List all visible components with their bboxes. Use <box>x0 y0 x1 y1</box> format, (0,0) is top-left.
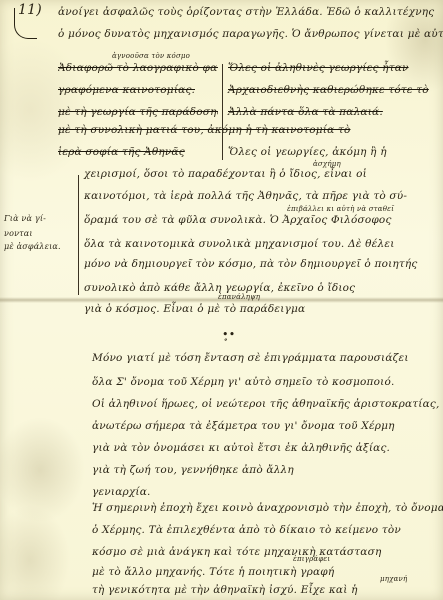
handwritten-line: γραφόμενα καινοτομίας. <box>58 84 195 96</box>
margin-note: Γιὰ νὰ γί- νονται μὲ ἀσφάλεια. <box>4 214 61 251</box>
page-number-stroke <box>14 8 37 39</box>
handwritten-line: ἱερὰ σοφία τῆς Ἀθηνᾶς <box>58 146 185 158</box>
handwritten-line: γιὰ νὰ τὸν ὀνομάσει κι αὐτοὶ ἔτσι ἐκ ἀλη… <box>92 442 390 454</box>
handwritten-line: γιὰ τὴ ζωή του, γεννήθηκε ἀπὸ ἄλλη <box>92 464 294 476</box>
handwritten-line: γιὰ ὁ κόσμος. Εἶναι ὁ μὲ τὸ παράδειγμα <box>84 303 305 315</box>
handwritten-line: Ἀλλὰ πάντα ὅλα τὰ παλαιά. <box>228 106 383 118</box>
handwritten-line: ἐπιγράφει <box>293 555 330 563</box>
handwritten-line: ἀνοίγει ἀσφαλῶς τοὺς ὁρίζοντας στὴν Ἑλλά… <box>58 6 434 18</box>
handwritten-line: καινοτόμοι, τὰ ἱερὰ πολλά τῆς Ἀθηνᾶς, τὰ… <box>84 190 407 202</box>
handwritten-line: μὲ τὴ συνολικὴ ματιά του, ἀκόμη ἡ τὴ και… <box>58 124 350 136</box>
handwritten-line: ὅλα τὰ καινοτομικὰ συνολικὰ μηχανισμοί τ… <box>84 238 395 250</box>
handwritten-line: μὲ τὴ γεωργία τῆς παράδοσης <box>58 106 218 118</box>
handwritten-line: ὁ Χέρμης. Τὰ ἐπιλεχθέντα ἀπὸ τὸ δίκαιο τ… <box>92 524 401 536</box>
handwritten-line: γενιαρχία. <box>92 486 151 498</box>
handwritten-line: ἀνωτέρω σήμερα τὰ ἐξάμετρα του γι' ὄνομα… <box>92 420 395 432</box>
handwritten-line: ὅλα Σ' ὄνομα τοῦ Χέρμη γι' αὐτὸ σημεῖο τ… <box>92 376 395 388</box>
margin-note-line: νονται <box>4 229 61 238</box>
handwritten-line: Ἡ σημερινὴ ἐποχὴ ἔχει κοινὸ ἀναχρονισμὸ … <box>92 502 443 514</box>
handwritten-line: ὅραμά του σὲ τὰ φῦλα συνολικὰ. Ὁ Ἀρχαῖος… <box>84 214 392 226</box>
column-divider <box>222 64 223 160</box>
section-separator: •̥• <box>222 328 235 341</box>
manuscript-page: 11) ἀνοίγει ἀσφαλῶς τοὺς ὁρίζοντας στὴν … <box>0 0 443 600</box>
handwritten-line: κόσμο σὲ μιὰ ἀνάγκη καὶ τότε μηχανικὴ κα… <box>92 546 381 558</box>
handwritten-line: ὁ μόνος δυνατὸς μηχανισμός παραγωγῆς. Ὁ … <box>58 28 443 40</box>
handwritten-line: μηχανή <box>380 575 407 583</box>
margin-note-line: Γιὰ νὰ γί- <box>4 214 61 223</box>
handwritten-line: ἐπιβάλλει κι αὐτὴ νὰ σταθεῖ <box>287 205 394 213</box>
handwritten-line: ἐπανάληψη <box>218 293 260 301</box>
handwritten-line: τὴ γενικότητα μὲ τὴν ἀθηναϊκὴ ἰσχύ. Εἶχε… <box>92 584 358 596</box>
handwritten-line: Ἀρχαιοδιεθνὴς καθιερώθηκε τότε τὸ <box>228 84 429 96</box>
handwritten-line: μόνο νὰ δημιουργεῖ τὸν κόσμο, πὰ τὸν δημ… <box>84 258 418 270</box>
handwritten-line: ἀσχήμη <box>313 160 341 168</box>
handwritten-line: Μόνο γιατί μὲ τόση ἔνταση σὲ ἐπιγράμματα… <box>92 352 409 364</box>
handwritten-line: Ὅλες οἱ ἀληθινὲς γεωργίες ἦταν <box>228 62 409 74</box>
handwritten-line: Ἀδιαφορῶ τὸ λαογραφικὸ φανὲ <box>58 62 218 74</box>
margin-bracket <box>78 175 79 295</box>
handwritten-line: Οἱ ἀληθινοί ἥρωες, οἱ νεώτεροι τῆς ἀθηνα… <box>92 398 443 410</box>
handwritten-line: ἀγνοοῦσα τὸν κόσμο <box>112 52 190 60</box>
handwritten-line: χειρισμοί, ὅσοι τὸ παραδέχονται ἢ ὁ ἴδιο… <box>84 168 367 180</box>
handwritten-line: μὲ τὸ ἄλλο μηχανής. Τότε ἡ ποιητικὴ γραφ… <box>92 566 334 578</box>
margin-note-line: μὲ ἀσφάλεια. <box>4 242 61 251</box>
handwritten-line: Ὅλες οἱ γεωργίες, ἀκόμη ἢ ἡ <box>228 146 387 158</box>
